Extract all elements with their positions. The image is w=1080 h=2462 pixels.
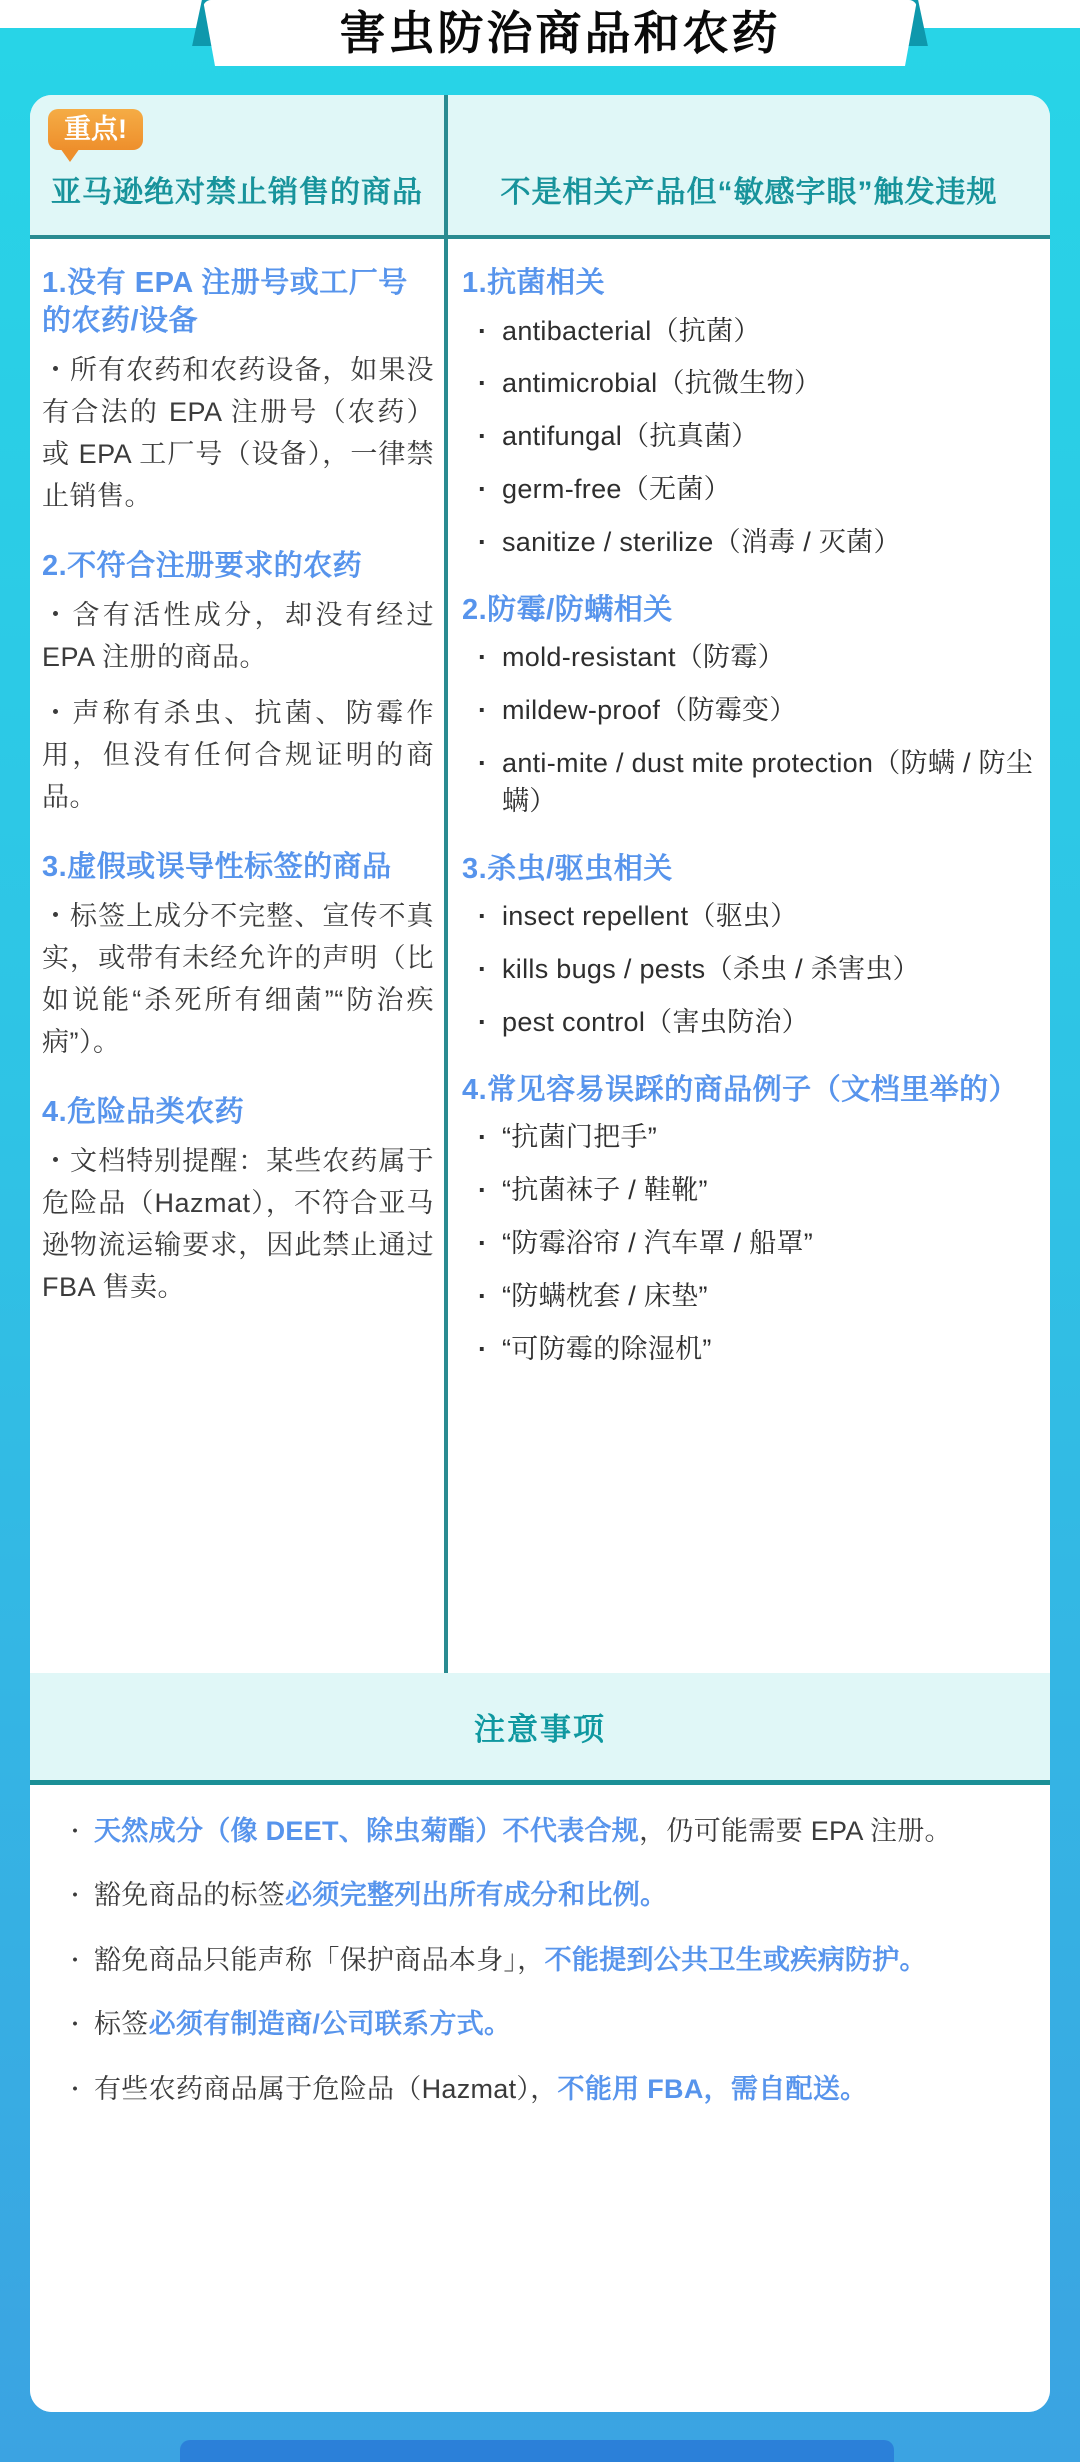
notes-header-band: 注意事项	[30, 1673, 1050, 1780]
list-item: “抗菌袜子 / 鞋靴”	[462, 1172, 1036, 1210]
right-section-4-list: “抗菌门把手” “抗菌袜子 / 鞋靴” “防霉浴帘 / 汽车罩 / 船罩” “防…	[462, 1119, 1036, 1368]
left-section-2-paragraph: ・含有活性成分，却没有经过 EPA 注册的商品。	[42, 595, 434, 679]
right-column-header-cell: 不是相关产品但“敏感字眼”触发违规	[448, 95, 1050, 235]
right-section-2-heading: 2.防霉/防螨相关	[462, 592, 1036, 630]
key-point-badge-label: 重点!	[64, 114, 127, 144]
right-column-body: 1.抗菌相关 antibacterial（抗菌） antimicrobial（抗…	[448, 239, 1050, 1673]
note-text: 有些农药商品属于危险品（Hazmat），	[94, 2074, 558, 2104]
page-title: 害虫防治商品和农药	[340, 10, 781, 56]
left-section-1-heading: 1.没有 EPA 注册号或工厂号的农药/设备	[42, 265, 434, 340]
right-section-2-list: mold-resistant（防霉） mildew-proof（防霉变） ant…	[462, 639, 1036, 820]
note-highlight: 不能提到公共卫生或疾病防护。	[545, 1945, 927, 1975]
note-text: ，仍可能需要 EPA 注册。	[639, 1816, 952, 1846]
list-item: kills bugs / pests（杀虫 / 杀害虫）	[462, 951, 1036, 989]
right-column-header: 不是相关产品但“敏感字眼”触发违规	[501, 175, 998, 211]
left-section-4-heading: 4.危险品类农药	[42, 1094, 434, 1132]
left-column-header: 亚马逊绝对禁止销售的商品	[51, 175, 423, 211]
list-item: “防霉浴帘 / 汽车罩 / 船罩”	[462, 1225, 1036, 1263]
list-item: “抗菌门把手”	[462, 1119, 1036, 1157]
right-section-1-heading: 1.抗菌相关	[462, 265, 1036, 303]
note-item: 天然成分（像 DEET、除虫菊酯）不代表合规，仍可能需要 EPA 注册。	[64, 1813, 1026, 1849]
left-column-header-cell: 重点! 亚马逊绝对禁止销售的商品	[30, 95, 444, 235]
right-section-1-list: antibacterial（抗菌） antimicrobial（抗微生物） an…	[462, 313, 1036, 562]
note-highlight: 必须完整列出所有成分和比例。	[285, 1880, 667, 1910]
right-section-3-list: insect repellent（驱虫） kills bugs / pests（…	[462, 898, 1036, 1041]
note-item: 有些农药商品属于危险品（Hazmat），不能用 FBA，需自配送。	[64, 2071, 1026, 2107]
note-highlight: 必须有制造商/公司联系方式。	[149, 2009, 512, 2039]
notes-title: 注意事项	[474, 1704, 606, 1749]
next-section-bar	[180, 2440, 894, 2462]
content-panel: 重点! 亚马逊绝对禁止销售的商品 不是相关产品但“敏感字眼”触发违规 1.没有 …	[30, 95, 1050, 2412]
list-item: mold-resistant（防霉）	[462, 639, 1036, 677]
key-point-badge: 重点!	[48, 109, 143, 150]
left-section-3-paragraph: ・标签上成分不完整、宣传不真实，或带有未经允许的声明（比如说能“杀死所有细菌”“…	[42, 896, 434, 1063]
list-item: mildew-proof（防霉变）	[462, 692, 1036, 730]
list-item: insect repellent（驱虫）	[462, 898, 1036, 936]
note-item: 豁免商品的标签必须完整列出所有成分和比例。	[64, 1877, 1026, 1913]
note-text: 标签	[94, 2009, 149, 2039]
list-item: antibacterial（抗菌）	[462, 313, 1036, 351]
table-header-row: 重点! 亚马逊绝对禁止销售的商品 不是相关产品但“敏感字眼”触发违规	[30, 95, 1050, 235]
note-highlight: 天然成分（像 DEET、除虫菊酯）不代表合规	[94, 1816, 639, 1846]
left-section-2-heading: 2.不符合注册要求的农药	[42, 548, 434, 586]
list-item: “可防霉的除湿机”	[462, 1331, 1036, 1369]
left-section-4-paragraph: ・文档特别提醒：某些农药属于危险品（Hazmat），不符合亚马逊物流运输要求，因…	[42, 1141, 434, 1308]
title-banner: 害虫防治商品和农药	[203, 0, 917, 66]
list-item: sanitize / sterilize（消毒 / 灭菌）	[462, 524, 1036, 562]
note-text: 豁免商品只能声称「保护商品本身」，	[94, 1945, 545, 1975]
title-banner-plate: 害虫防治商品和农药	[203, 0, 917, 66]
table-body-row: 1.没有 EPA 注册号或工厂号的农药/设备 ・所有农药和农药设备，如果没有合法…	[30, 239, 1050, 1673]
left-column-body: 1.没有 EPA 注册号或工厂号的农药/设备 ・所有农药和农药设备，如果没有合法…	[30, 239, 444, 1673]
left-section-2-paragraph: ・声称有杀虫、抗菌、防霉作用，但没有任何合规证明的商品。	[42, 693, 434, 819]
list-item: “防螨枕套 / 床垫”	[462, 1278, 1036, 1316]
list-item: antifungal（抗真菌）	[462, 418, 1036, 456]
right-section-3-heading: 3.杀虫/驱虫相关	[462, 851, 1036, 889]
left-section-1-paragraph: ・所有农药和农药设备，如果没有合法的 EPA 注册号（农药）或 EPA 工厂号（…	[42, 350, 434, 517]
note-item: 豁免商品只能声称「保护商品本身」，不能提到公共卫生或疾病防护。	[64, 1942, 1026, 1978]
list-item: pest control（害虫防治）	[462, 1004, 1036, 1042]
list-item: anti-mite / dust mite protection（防螨 / 防尘…	[462, 745, 1036, 821]
right-section-4-heading: 4.常见容易误踩的商品例子（文档里举的）	[462, 1072, 1036, 1110]
left-section-3-heading: 3.虚假或误导性标签的商品	[42, 849, 434, 887]
note-item: 标签必须有制造商/公司联系方式。	[64, 2006, 1026, 2042]
note-highlight: 不能用 FBA，需自配送。	[558, 2074, 868, 2104]
note-text: 豁免商品的标签	[94, 1880, 285, 1910]
list-item: germ-free（无菌）	[462, 471, 1036, 509]
notes-section: 天然成分（像 DEET、除虫菊酯）不代表合规，仍可能需要 EPA 注册。 豁免商…	[30, 1785, 1050, 2412]
list-item: antimicrobial（抗微生物）	[462, 365, 1036, 403]
